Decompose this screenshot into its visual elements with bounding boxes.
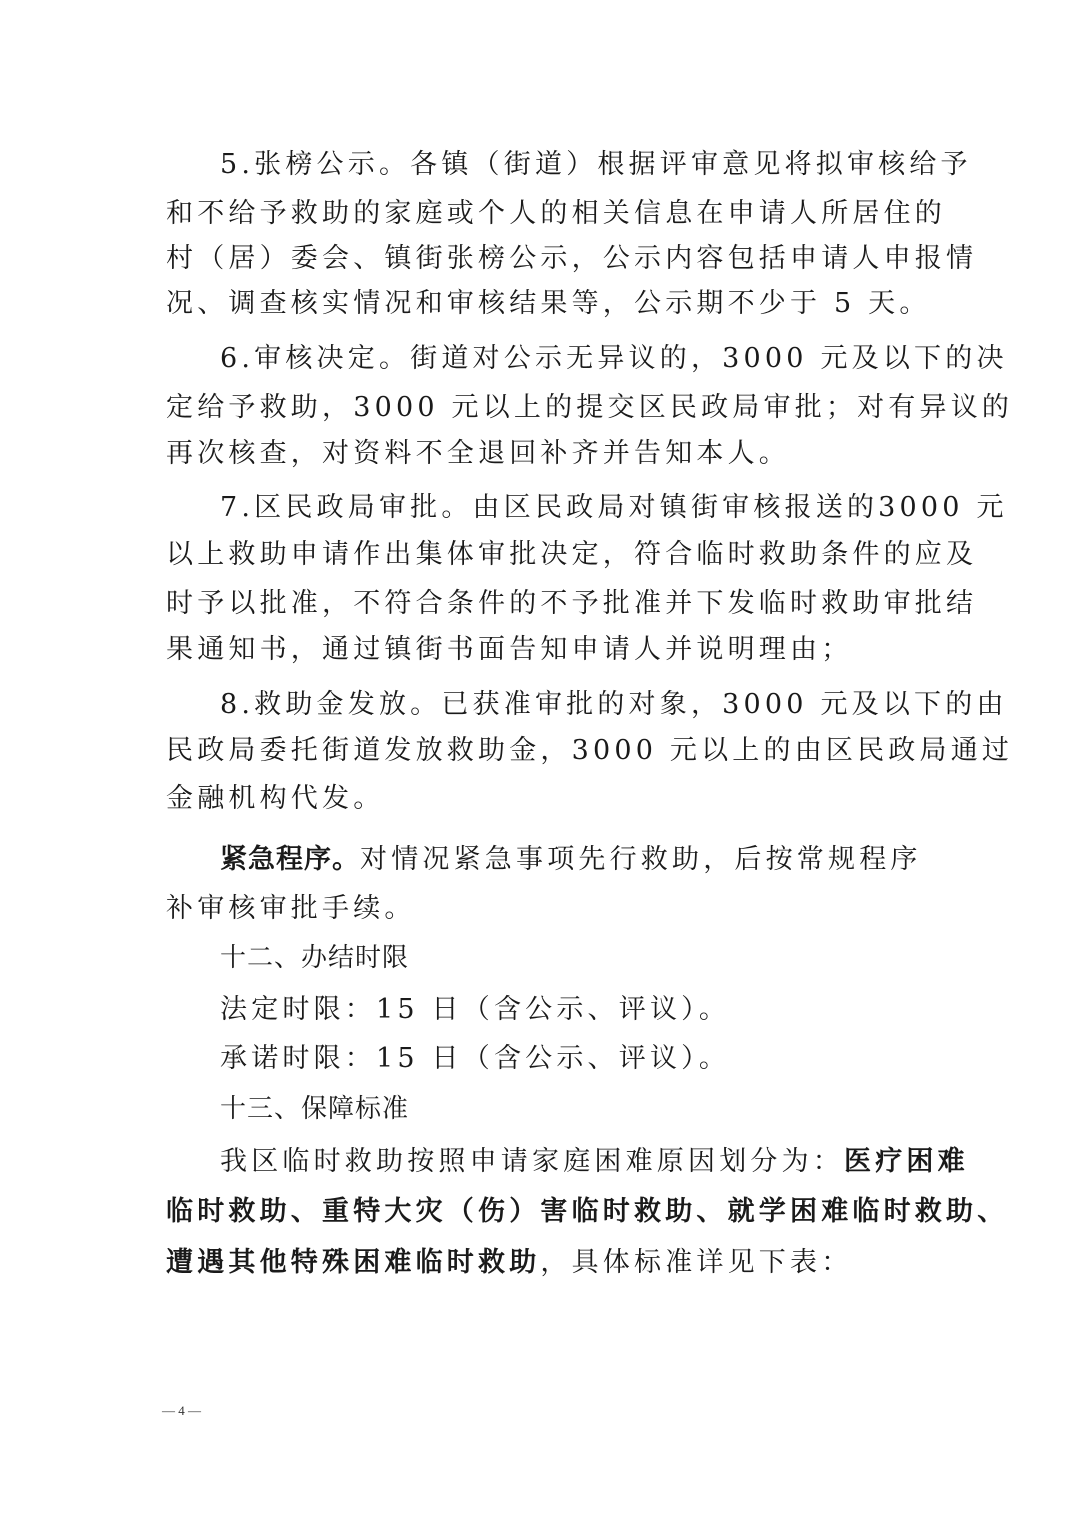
- item6-line-2: 定给予救助，3000 元以上的提交区民政局审批；对有异议的: [166, 391, 1013, 425]
- section13-category-end: 遭遇其他特殊困难临时救助: [166, 1247, 540, 1278]
- item7-line-2: 以上救助申请作出集体审批决定，符合临时救助条件的应及: [166, 538, 977, 572]
- section13-heading: 十三、保障标准: [220, 1092, 409, 1126]
- item6-line-1: 6.审核决定。街道对公示无异议的，3000 元及以下的决: [220, 342, 1008, 376]
- item6-line-3: 再次核查，对资料不全退回补齐并告知本人。: [166, 437, 790, 471]
- emergency-label: 紧急程序。: [220, 844, 360, 875]
- section13-line-2: 临时救助、重特大灾（伤）害临时救助、就学困难临时救助、: [166, 1195, 1008, 1229]
- section13-line-1: 我区临时救助按照申请家庭困难原因划分为：医疗困难: [220, 1145, 969, 1179]
- section12-heading: 十二、办结时限: [220, 941, 409, 975]
- item7-line-3: 时予以批准，不符合条件的不予批准并下发临时救助审批结: [166, 587, 977, 621]
- emergency-line-1: 紧急程序。对情况紧急事项先行救助，后按常规程序: [220, 843, 922, 877]
- legal-time-limit: 法定时限：15 日（含公示、评议）。: [220, 993, 730, 1027]
- item7-line-4: 果通知书，通过镇街书面告知申请人并说明理由；: [166, 633, 852, 667]
- item5-line-4: 况、调查核实情况和审核结果等，公示期不少于 5 天。: [166, 287, 931, 321]
- item5-line-2: 和不给予救助的家庭或个人的相关信息在申请人所居住的: [166, 197, 946, 231]
- section13-category-start: 医疗困难: [844, 1146, 969, 1177]
- section13-outro: ，具体标准详见下表：: [540, 1247, 852, 1278]
- item8-line-3: 金融机构代发。: [166, 782, 384, 816]
- promised-time-limit: 承诺时限：15 日（含公示、评议）。: [220, 1042, 730, 1076]
- section13-intro: 我区临时救助按照申请家庭困难原因划分为：: [220, 1146, 844, 1177]
- item8-line-1: 8.救助金发放。已获准审批的对象，3000 元及以下的由: [220, 688, 1008, 722]
- section13-line-3: 遭遇其他特殊困难临时救助，具体标准详见下表：: [166, 1246, 852, 1280]
- item5-line-3: 村（居）委会、镇街张榜公示，公示内容包括申请人申报情: [166, 242, 977, 276]
- item7-line-1: 7.区民政局审批。由区民政局对镇街审核报送的3000 元: [220, 491, 1008, 525]
- emergency-text: 对情况紧急事项先行救助，后按常规程序: [360, 844, 922, 875]
- emergency-line-2: 补审核审批手续。: [166, 892, 416, 926]
- page-number: — 4 —: [162, 1403, 201, 1419]
- item8-line-2: 民政局委托街道发放救助金，3000 元以上的由区民政局通过: [166, 734, 1013, 768]
- item5-line-1: 5.张榜公示。各镇（街道）根据评审意见将拟审核给予: [220, 148, 972, 182]
